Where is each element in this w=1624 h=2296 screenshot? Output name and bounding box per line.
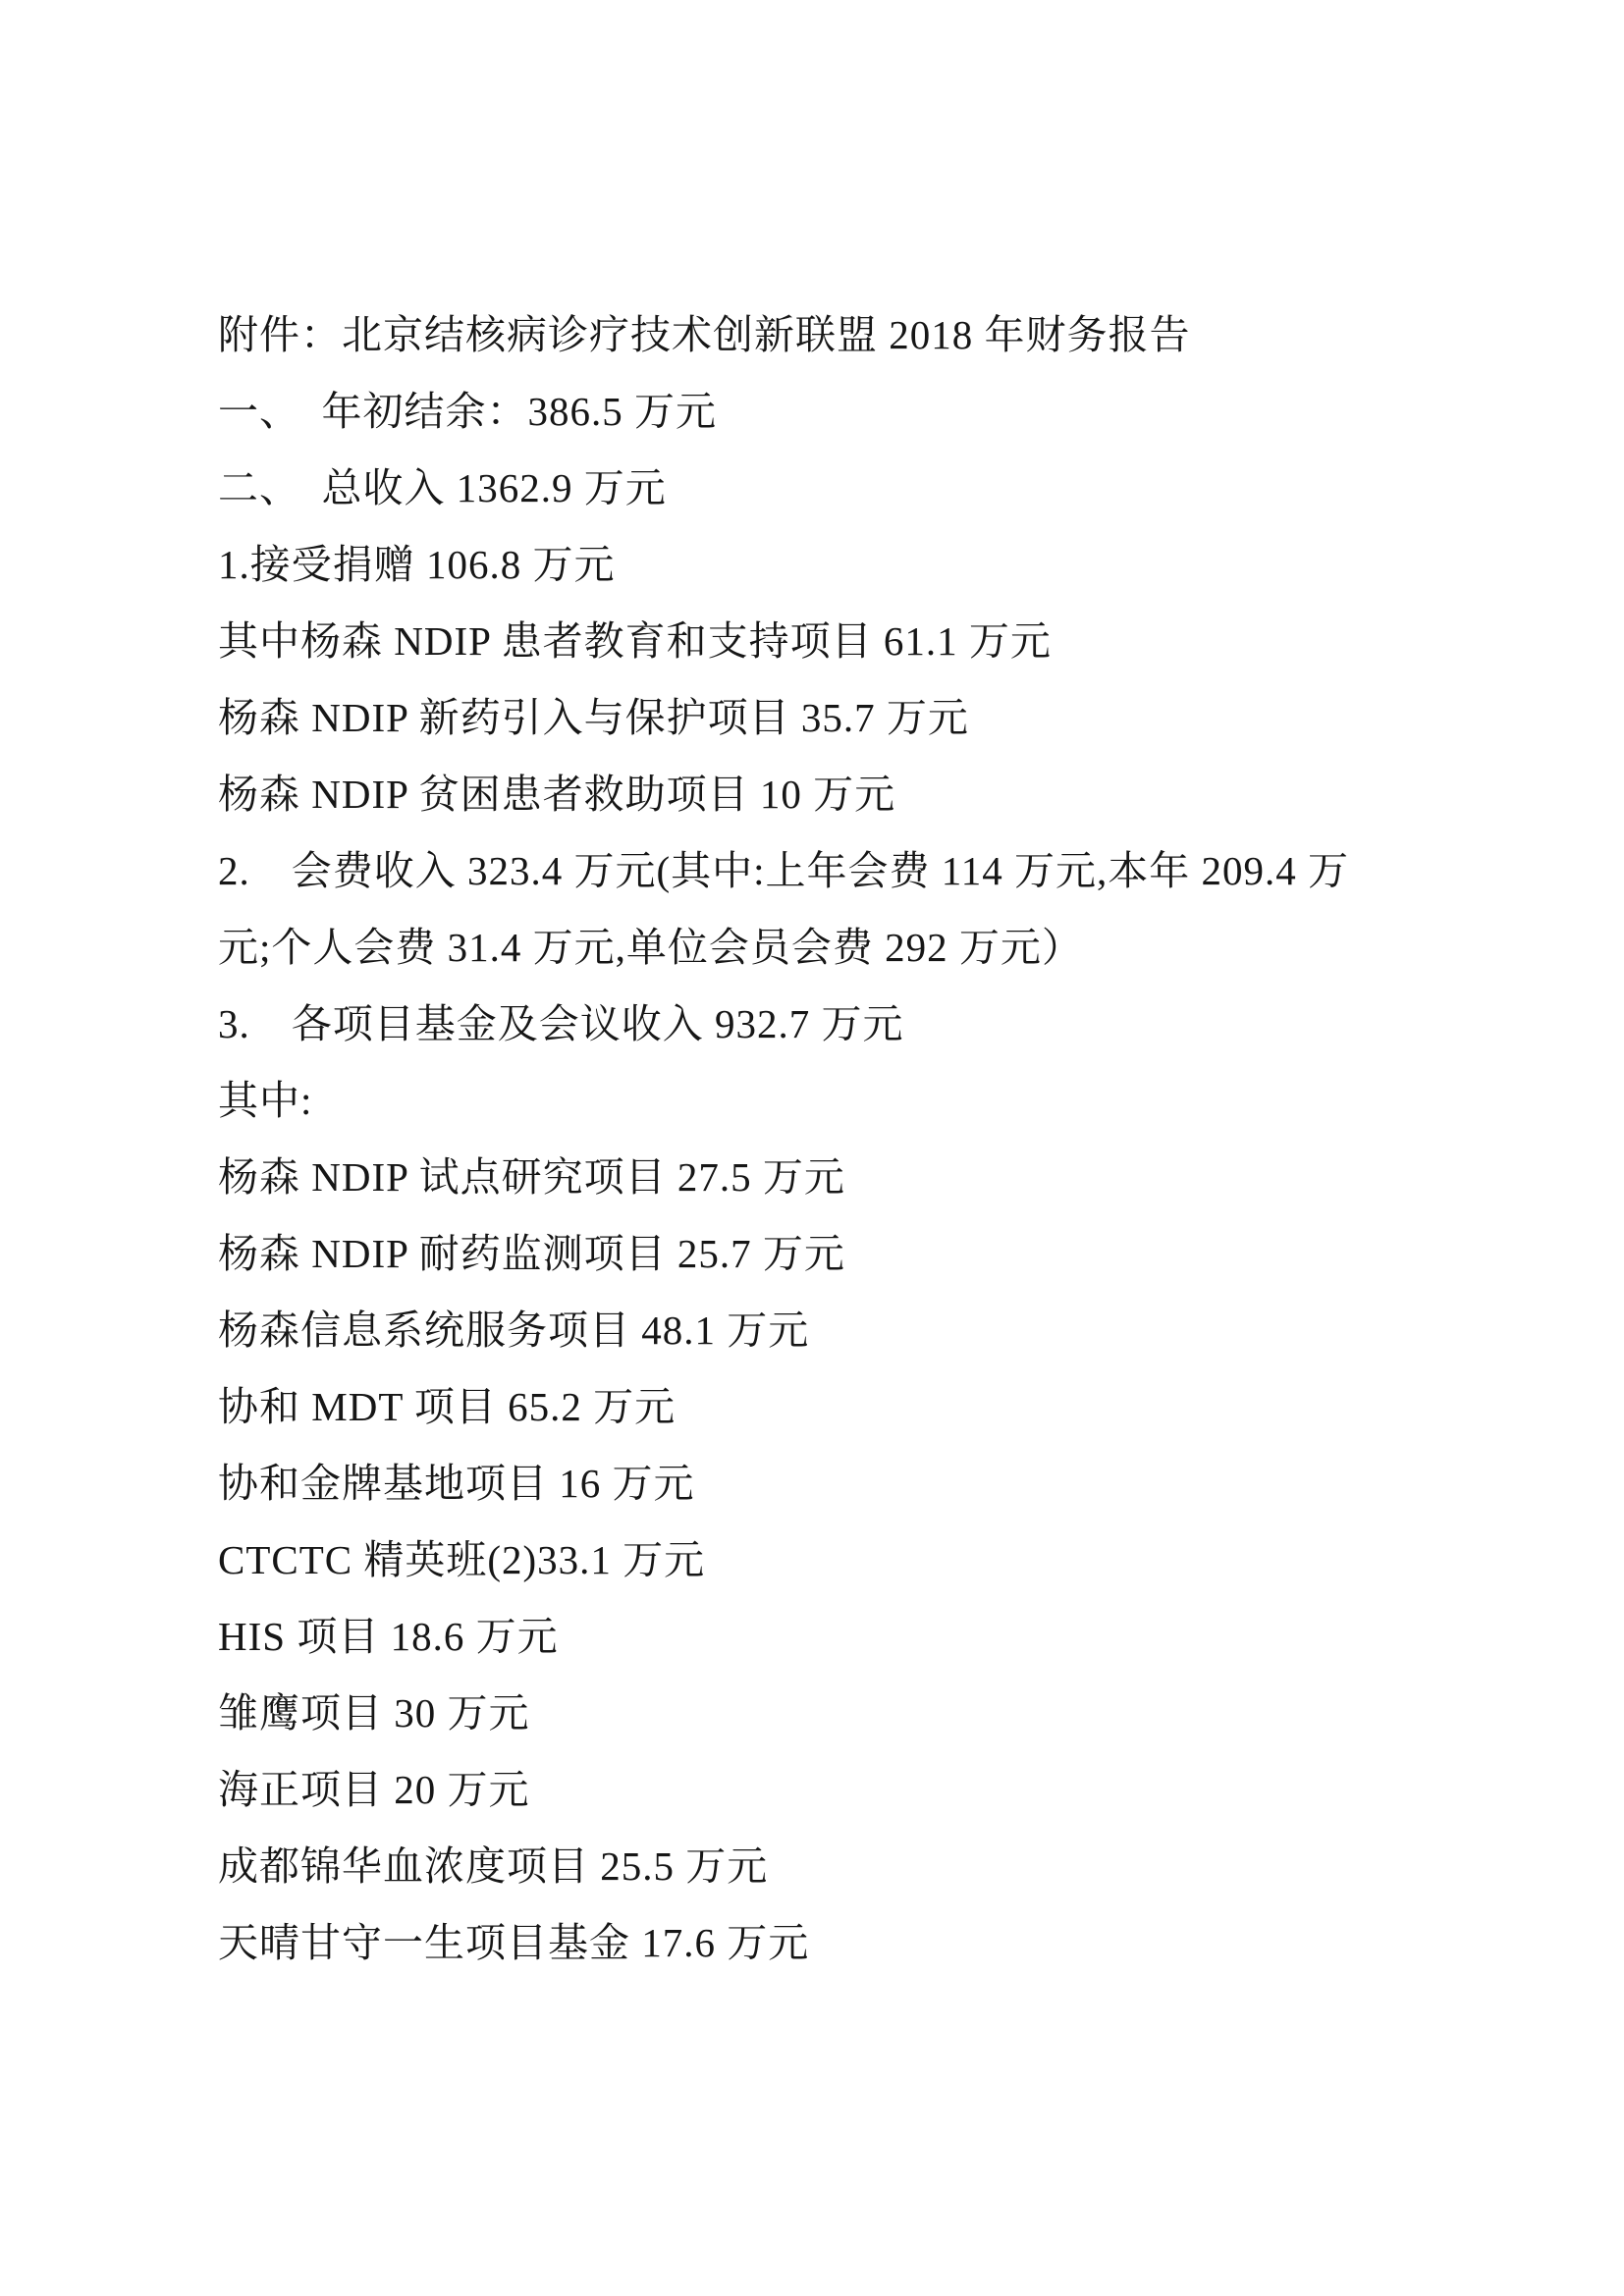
project-chuying: 雏鹰项目 30 万元 bbox=[218, 1675, 1435, 1751]
total-income-line: 二、 总收入 1362.9 万元 bbox=[218, 450, 1435, 526]
donation-item-poor-patient-aid: 杨森 NDIP 贫困患者救助项目 10 万元 bbox=[218, 756, 1435, 832]
project-fund-income-line: 3. 各项目基金及会议收入 932.7 万元 bbox=[218, 986, 1435, 1062]
beginning-balance-line: 一、 年初结余：386.5 万元 bbox=[218, 373, 1435, 450]
project-chengdu-jinhua-blood-concentration: 成都锦华血浓度项目 25.5 万元 bbox=[218, 1828, 1435, 1904]
membership-fee-line-2: 元;个人会费 31.4 万元,单位会员会费 292 万元） bbox=[218, 909, 1435, 986]
donation-item-new-drug-protection: 杨森 NDIP 新药引入与保护项目 35.7 万元 bbox=[218, 679, 1435, 756]
project-tianqing-ganshou-yisheng-fund: 天晴甘守一生项目基金 17.6 万元 bbox=[218, 1904, 1435, 1981]
report-text-block: 附件：北京结核病诊疗技术创新联盟 2018 年财务报告 一、 年初结余：386.… bbox=[218, 296, 1435, 1981]
project-haizheng: 海正项目 20 万元 bbox=[218, 1751, 1435, 1828]
project-ndip-pilot-research: 杨森 NDIP 试点研究项目 27.5 万元 bbox=[218, 1139, 1435, 1215]
project-ctctc-elite-class: CTCTC 精英班(2)33.1 万元 bbox=[218, 1522, 1435, 1598]
project-xiehe-gold-base: 协和金牌基地项目 16 万元 bbox=[218, 1445, 1435, 1522]
attachment-title: 附件：北京结核病诊疗技术创新联盟 2018 年财务报告 bbox=[218, 296, 1435, 373]
scanned-document-page: 附件：北京结核病诊疗技术创新联盟 2018 年财务报告 一、 年初结余：386.… bbox=[0, 0, 1624, 2296]
project-xiehe-mdt: 协和 MDT 项目 65.2 万元 bbox=[218, 1368, 1435, 1445]
membership-fee-line-1: 2. 会费收入 323.4 万元(其中:上年会费 114 万元,本年 209.4… bbox=[218, 832, 1435, 909]
including-label: 其中: bbox=[218, 1062, 1435, 1139]
donation-item-patient-education: 其中杨森 NDIP 患者教育和支持项目 61.1 万元 bbox=[218, 603, 1435, 679]
donation-income-line: 1.接受捐赠 106.8 万元 bbox=[218, 526, 1435, 603]
project-ndip-drug-resistance-monitoring: 杨森 NDIP 耐药监测项目 25.7 万元 bbox=[218, 1215, 1435, 1292]
project-janssen-info-system: 杨森信息系统服务项目 48.1 万元 bbox=[218, 1292, 1435, 1368]
project-his: HIS 项目 18.6 万元 bbox=[218, 1598, 1435, 1675]
